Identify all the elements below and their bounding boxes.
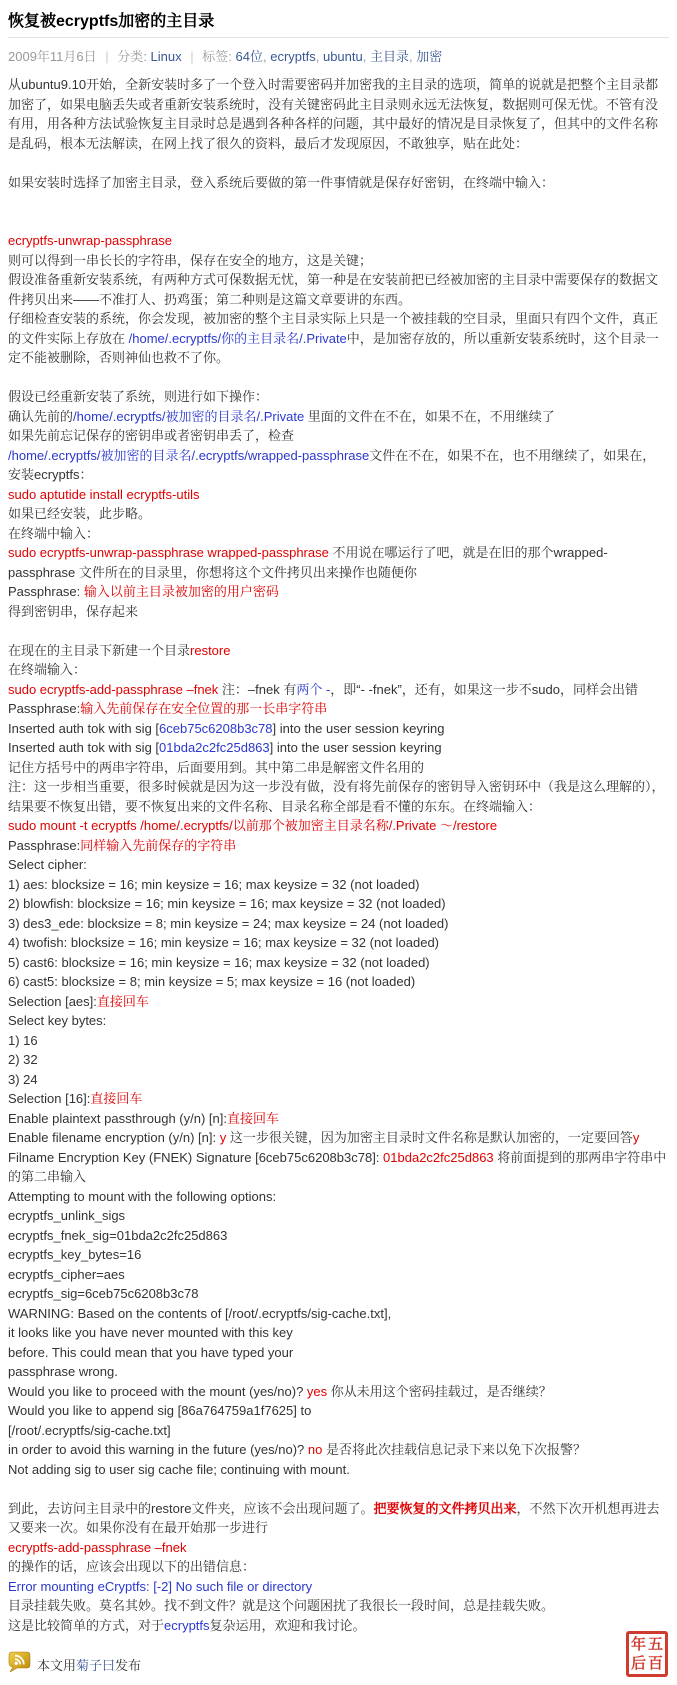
article-line: 目录挂载失败。莫名其妙。找不到文件？就是这个问题困扰了我很长一段时间，总是挂载失… — [8, 1596, 669, 1616]
article-line: WARNING: Based on the contents of [/root… — [8, 1304, 669, 1324]
inline-link[interactable]: 6ceb75c6208b3c78 — [159, 721, 273, 736]
command-text: sudo aptutide install ecryptfs-utils — [8, 487, 199, 502]
text-run: 得到密钥串，保存起来 — [8, 604, 138, 619]
article-line: 假设准备重新安装系统，有两种方式可保数据无忧，第一种是在安装前把已经被加密的主目… — [8, 270, 669, 309]
article-line: 则可以得到一串长长的字符串，保存在安全的地方，这是关键； — [8, 251, 669, 271]
article-line: 如果先前忘记保存的密钥串或者密钥串丢了，检查 — [8, 426, 669, 446]
article-line: sudo aptutide install ecryptfs-utils — [8, 485, 669, 505]
article-line: 仔细检查安装的系统，你会发现，被加密的整个主目录实际上只是一个被挂载的空目录，里… — [8, 309, 669, 368]
publish-suffix: 发布 — [115, 1658, 141, 1673]
red-seal-stamp: 年五后百 — [626, 1631, 668, 1677]
inline-link[interactable]: Error mounting eCryptfs: [-2] No such fi… — [8, 1579, 312, 1594]
text-run: 你从未用这个密码挂载过，是否继续？ — [327, 1384, 552, 1399]
text-run: 2) 32 — [8, 1052, 38, 1067]
text-run: Not adding sig to user sig cache file; c… — [8, 1462, 350, 1477]
article-line: Inserted auth tok with sig [01bda2c2fc25… — [8, 738, 669, 758]
seal-char: 后 — [631, 1656, 646, 1671]
text-run: 2) blowfish: blocksize = 16; min keysize… — [8, 896, 446, 911]
tag-link[interactable]: ubuntu — [323, 49, 363, 64]
meta-separator: | — [100, 49, 113, 64]
command-text: 直接回车 — [90, 1091, 142, 1106]
text-run: Select cipher: — [8, 857, 87, 872]
text-run: Enable filename encryption (y/n) [n]: — [8, 1130, 220, 1145]
text-run: 1) 16 — [8, 1033, 38, 1048]
article-line: 2) 32 — [8, 1050, 669, 1070]
article-line: 到此，去访问主目录中的restore文件夹，应该不会出现问题了。把要恢复的文件拷… — [8, 1499, 669, 1538]
command-text: 01bda2c2fc25d863 — [383, 1150, 494, 1165]
seal-char: 五 — [648, 1637, 663, 1652]
command-text: 直接回车 — [227, 1111, 279, 1126]
article-line: 注：这一步相当重要，很多时候就是因为这一步没有做，没有将先前保存的密钥导入密钥环… — [8, 777, 669, 816]
article-line: Filname Encryption Key (FNEK) Signature … — [8, 1148, 669, 1187]
article-line: sudo ecryptfs-unwrap-passphrase wrapped-… — [8, 543, 669, 582]
juziyue-link[interactable]: 菊子曰 — [76, 1658, 115, 1673]
text-run: 3) 24 — [8, 1072, 38, 1087]
text-run: ecryptfs_key_bytes=16 — [8, 1247, 141, 1262]
tag-link[interactable]: ecryptfs — [270, 49, 316, 64]
text-run: 到此，去访问主目录中的restore文件夹，应该不会出现问题了。 — [8, 1501, 373, 1516]
text-run: Enable plaintext passthrough (y/n) [n]: — [8, 1111, 227, 1126]
article-line: 如果已经安装，此步略。 — [8, 504, 669, 524]
article-line: Attempting to mount with the following o… — [8, 1187, 669, 1207]
post-meta: 2009年11月6日 | 分类: Linux | 标签: 64位, ecrypt… — [8, 44, 669, 75]
text-run: 目录挂载失败。莫名其妙。找不到文件？就是这个问题困扰了我很长一段时间，总是挂载失… — [8, 1598, 554, 1613]
text-run: Passphrase: — [8, 838, 80, 853]
article-line: /home/.ecryptfs/被加密的目录名/.ecryptfs/wrappe… — [8, 446, 669, 466]
category-label: 分类: — [117, 49, 147, 64]
text-run: Inserted auth tok with sig [ — [8, 740, 159, 755]
article-line: Would you like to append sig [86a764759a… — [8, 1401, 669, 1421]
article-line: Selection [16]:直接回车 — [8, 1089, 669, 1109]
article-line: 6) cast5: blocksize = 8; min keysize = 5… — [8, 972, 669, 992]
article-line — [8, 621, 669, 641]
article-line: Inserted auth tok with sig [6ceb75c6208b… — [8, 719, 669, 739]
article-line: Passphrase: 输入以前主目录被加密的用户密码 — [8, 582, 669, 602]
text-run: 则可以得到一串长长的字符串，保存在安全的地方，这是关键； — [8, 253, 372, 268]
tag-list: 64位, ecryptfs, ubuntu, 主目录, 加密 — [236, 49, 443, 64]
article-line: sudo mount -t ecryptfs /home/.ecryptfs/以… — [8, 816, 669, 836]
text-run: 如果已经安装，此步略。 — [8, 506, 151, 521]
article-line: 得到密钥串，保存起来 — [8, 602, 669, 622]
text-run: 5) cast6: blocksize = 16; min keysize = … — [8, 955, 430, 970]
article-body: 从ubuntu9.10开始，全新安装时多了一个登入时需要密码并加密我的主目录的选… — [8, 75, 669, 1635]
text-run: 是否将此次挂载信息记录下来以免下次报警？ — [322, 1442, 586, 1457]
command-text: 把要恢复的文件拷贝出来 — [373, 1501, 516, 1516]
text-run: ] into the user session keyring — [273, 721, 445, 736]
article-line: ecryptfs_cipher=aes — [8, 1265, 669, 1285]
article-line: 假设已经重新安装了系统，则进行如下操作： — [8, 387, 669, 407]
text-run: Would you like to proceed with the mount… — [8, 1384, 307, 1399]
text-run: 6) cast5: blocksize = 8; min keysize = 5… — [8, 974, 415, 989]
article-line: Selection [aes]:直接回车 — [8, 992, 669, 1012]
text-run: ，即“- -fnek”，还有，如果这一步不sudo，同样会出错 — [330, 682, 638, 697]
command-text: ecryptfs-unwrap-passphrase — [8, 233, 172, 248]
article-line: passphrase wrong. — [8, 1362, 669, 1382]
article-line: Select cipher: — [8, 855, 669, 875]
text-run: passphrase wrong. — [8, 1364, 118, 1379]
text-run: Select key bytes: — [8, 1013, 106, 1028]
command-text: no — [308, 1442, 322, 1457]
article-line: 如果安装时选择了加密主目录，登入系统后要做的第一件事情就是保存好密钥，在终端中输… — [8, 173, 669, 193]
text-run: ecryptfs_unlink_sigs — [8, 1208, 125, 1223]
text-run: Selection [16]: — [8, 1091, 90, 1106]
text-run: 复杂运用，欢迎和我讨论。 — [210, 1618, 366, 1633]
article-line: 在现在的主目录下新建一个目录restore — [8, 641, 669, 661]
text-run: 假设准备重新安装系统，有两种方式可保数据无忧，第一种是在安装前把已经被加密的主目… — [8, 272, 658, 307]
text-run: Passphrase: — [8, 584, 84, 599]
article-line: 4) twofish: blocksize = 16; min keysize … — [8, 933, 669, 953]
publish-note-text: 本文用菊子曰发布 — [37, 1655, 141, 1675]
command-text: restore — [190, 643, 230, 658]
text-run: ecryptfs_sig=6ceb75c6208b3c78 — [8, 1286, 198, 1301]
article-line: 3) 24 — [8, 1070, 669, 1090]
article-line: Enable plaintext passthrough (y/n) [n]:直… — [8, 1109, 669, 1129]
inline-link[interactable]: 01bda2c2fc25d863 — [159, 740, 270, 755]
text-run: 4) twofish: blocksize = 16; min keysize … — [8, 935, 439, 950]
article-line: before. This could mean that you have ty… — [8, 1343, 669, 1363]
text-run: 的操作的话，应该会出现以下的出错信息： — [8, 1559, 255, 1574]
tag-link[interactable]: 加密 — [416, 49, 442, 64]
page-title: 恢复被ecryptfs加密的主目录 — [8, 6, 669, 38]
article-line: 3) des3_ede: blocksize = 8; min keysize … — [8, 914, 669, 934]
command-text: sudo mount -t ecryptfs /home/.ecryptfs/以… — [8, 818, 497, 833]
article-line: ecryptfs_unlink_sigs — [8, 1206, 669, 1226]
command-text: ecryptfs-add-passphrase –fnek — [8, 1540, 186, 1555]
text-run: 假设已经重新安装了系统，则进行如下操作： — [8, 389, 268, 404]
text-run: 在终端输入： — [8, 662, 86, 677]
article-line: Error mounting eCryptfs: [-2] No such fi… — [8, 1577, 669, 1597]
command-text: sudo ecryptfs-unwrap-passphrase wrapped-… — [8, 545, 329, 560]
text-run: it looks like you have never mounted wit… — [8, 1325, 293, 1340]
article-line: 在终端中输入： — [8, 524, 669, 544]
text-run: Attempting to mount with the following o… — [8, 1189, 276, 1204]
article-line: in order to avoid this warning in the fu… — [8, 1440, 669, 1460]
publish-prefix: 本文用 — [37, 1658, 76, 1673]
article-line: 确认先前的/home/.ecryptfs/被加密的目录名/.Private 里面… — [8, 407, 669, 427]
text-run: 1) aes: blocksize = 16; min keysize = 16… — [8, 877, 420, 892]
category-link[interactable]: Linux — [151, 49, 182, 64]
inline-link[interactable]: /home/.ecryptfs/你的主目录名/.Private — [129, 331, 347, 346]
article-line: 1) 16 — [8, 1031, 669, 1051]
text-run: 文件在不在，如果不在，也不用继续了，如果在， — [369, 448, 655, 463]
text-run: 这一步很关键，因为加密主目录时文件名称是默认加密的，一定要回答 — [226, 1130, 633, 1145]
command-text: sudo ecryptfs-add-passphrase –fnek — [8, 682, 222, 697]
inline-link[interactable]: 两个 - — [296, 682, 330, 697]
tag-link[interactable]: 64位 — [236, 49, 263, 64]
article-line: 记住方括号中的两串字符串，后面要用到。其中第二串是解密文件名用的 — [8, 758, 669, 778]
article-line: Select key bytes: — [8, 1011, 669, 1031]
article-line — [8, 368, 669, 388]
article-line — [8, 212, 669, 232]
article-line: 5) cast6: blocksize = 16; min keysize = … — [8, 953, 669, 973]
footer-publish-note: 本文用菊子曰发布 — [8, 1651, 669, 1675]
text-run: before. This could mean that you have ty… — [8, 1345, 293, 1360]
text-run: Would you like to append sig [86a764759a… — [8, 1403, 311, 1418]
meta-separator: | — [185, 49, 198, 64]
text-run: Passphrase: — [8, 701, 80, 716]
article-line: Would you like to proceed with the mount… — [8, 1382, 669, 1402]
text-run: ecryptfs_fnek_sig=01bda2c2fc25d863 — [8, 1228, 227, 1243]
text-run: Selection [aes]: — [8, 994, 97, 1009]
post-date: 2009年11月6日 — [8, 49, 97, 64]
text-run: Inserted auth tok with sig [ — [8, 721, 159, 736]
article-line: [/root/.ecryptfs/sig-cache.txt] — [8, 1421, 669, 1441]
text-run: 注：–fnek 有 — [222, 682, 296, 697]
text-run: 如果安装时选择了加密主目录，登入系统后要做的第一件事情就是保存好密钥，在终端中输… — [8, 175, 554, 190]
article-line: sudo ecryptfs-add-passphrase –fnek 注：–fn… — [8, 680, 669, 700]
text-run: 记住方括号中的两串字符串，后面要用到。其中第二串是解密文件名用的 — [8, 760, 424, 775]
text-run: 里面的文件在不在，如果不在，不用继续了 — [304, 409, 555, 424]
text-run: WARNING: Based on the contents of [/root… — [8, 1306, 391, 1321]
speech-bubble-rss-icon — [8, 1651, 31, 1675]
seal-char: 百 — [648, 1656, 663, 1671]
text-run: 在现在的主目录下新建一个目录 — [8, 643, 190, 658]
text-run: [/root/.ecryptfs/sig-cache.txt] — [8, 1423, 171, 1438]
seal-char: 年 — [631, 1637, 646, 1652]
text-run: 这是比较简单的方式，对于 — [8, 1618, 164, 1633]
article-line: ecryptfs-unwrap-passphrase — [8, 231, 669, 251]
command-text: yes — [307, 1384, 327, 1399]
command-text: 输入以前主目录被加密的用户密码 — [84, 584, 279, 599]
command-text: 直接回车 — [97, 994, 149, 1009]
article-line: ecryptfs_fnek_sig=01bda2c2fc25d863 — [8, 1226, 669, 1246]
article-line — [8, 192, 669, 212]
inline-link[interactable]: /home/.ecryptfs/被加密的目录名/.ecryptfs/wrappe… — [8, 448, 369, 463]
text-run: ] into the user session keyring — [270, 740, 442, 755]
article-line: ecryptfs-add-passphrase –fnek — [8, 1538, 669, 1558]
text-run: Filname Encryption Key (FNEK) Signature … — [8, 1150, 383, 1165]
tags-label: 标签: — [202, 49, 232, 64]
article-line: 从ubuntu9.10开始，全新安装时多了一个登入时需要密码并加密我的主目录的选… — [8, 75, 669, 153]
article-line — [8, 153, 669, 173]
blog-post-page: 恢复被ecryptfs加密的主目录 2009年11月6日 | 分类: Linux… — [0, 0, 677, 1685]
command-text: 输入先前保存在安全位置的那一长串字符串 — [80, 701, 327, 716]
article-line: Enable filename encryption (y/n) [n]: y … — [8, 1128, 669, 1148]
text-run: ecryptfs_cipher=aes — [8, 1267, 125, 1282]
article-line: 2) blowfish: blocksize = 16; min keysize… — [8, 894, 669, 914]
text-run: in order to avoid this warning in the fu… — [8, 1442, 308, 1457]
article-line: 1) aes: blocksize = 16; min keysize = 16… — [8, 875, 669, 895]
article-line: 安装ecryptfs： — [8, 465, 669, 485]
article-line: ecryptfs_key_bytes=16 — [8, 1245, 669, 1265]
article-line: Passphrase:输入先前保存在安全位置的那一长串字符串 — [8, 699, 669, 719]
article-line: 在终端输入： — [8, 660, 669, 680]
article-line: it looks like you have never mounted wit… — [8, 1323, 669, 1343]
article-line: ecryptfs_sig=6ceb75c6208b3c78 — [8, 1284, 669, 1304]
article-line: Passphrase:同样输入先前保存的字符串 — [8, 836, 669, 856]
article-line: Not adding sig to user sig cache file; c… — [8, 1460, 669, 1480]
tag-link[interactable]: 主目录 — [370, 49, 409, 64]
text-run: 注：这一步相当重要，很多时候就是因为这一步没有做，没有将先前保存的密钥导入密钥环… — [8, 779, 665, 814]
text-run: 如果先前忘记保存的密钥串或者密钥串丢了，检查 — [8, 428, 294, 443]
text-run: 安装ecryptfs： — [8, 467, 93, 482]
command-text: y — [633, 1130, 640, 1145]
inline-link[interactable]: /home/.ecryptfs/被加密的目录名/.Private — [73, 409, 304, 424]
command-text: 同样输入先前保存的字符串 — [80, 838, 236, 853]
text-run: 在终端中输入： — [8, 526, 99, 541]
article-line: 这是比较简单的方式，对于ecryptfs复杂运用，欢迎和我讨论。 — [8, 1616, 669, 1636]
article-line — [8, 1479, 669, 1499]
text-run: 3) des3_ede: blocksize = 8; min keysize … — [8, 916, 448, 931]
text-run: 从ubuntu9.10开始，全新安装时多了一个登入时需要密码并加密我的主目录的选… — [8, 77, 658, 151]
text-run: 确认先前的 — [8, 409, 73, 424]
inline-link[interactable]: ecryptfs — [164, 1618, 210, 1633]
article-line: 的操作的话，应该会出现以下的出错信息： — [8, 1557, 669, 1577]
